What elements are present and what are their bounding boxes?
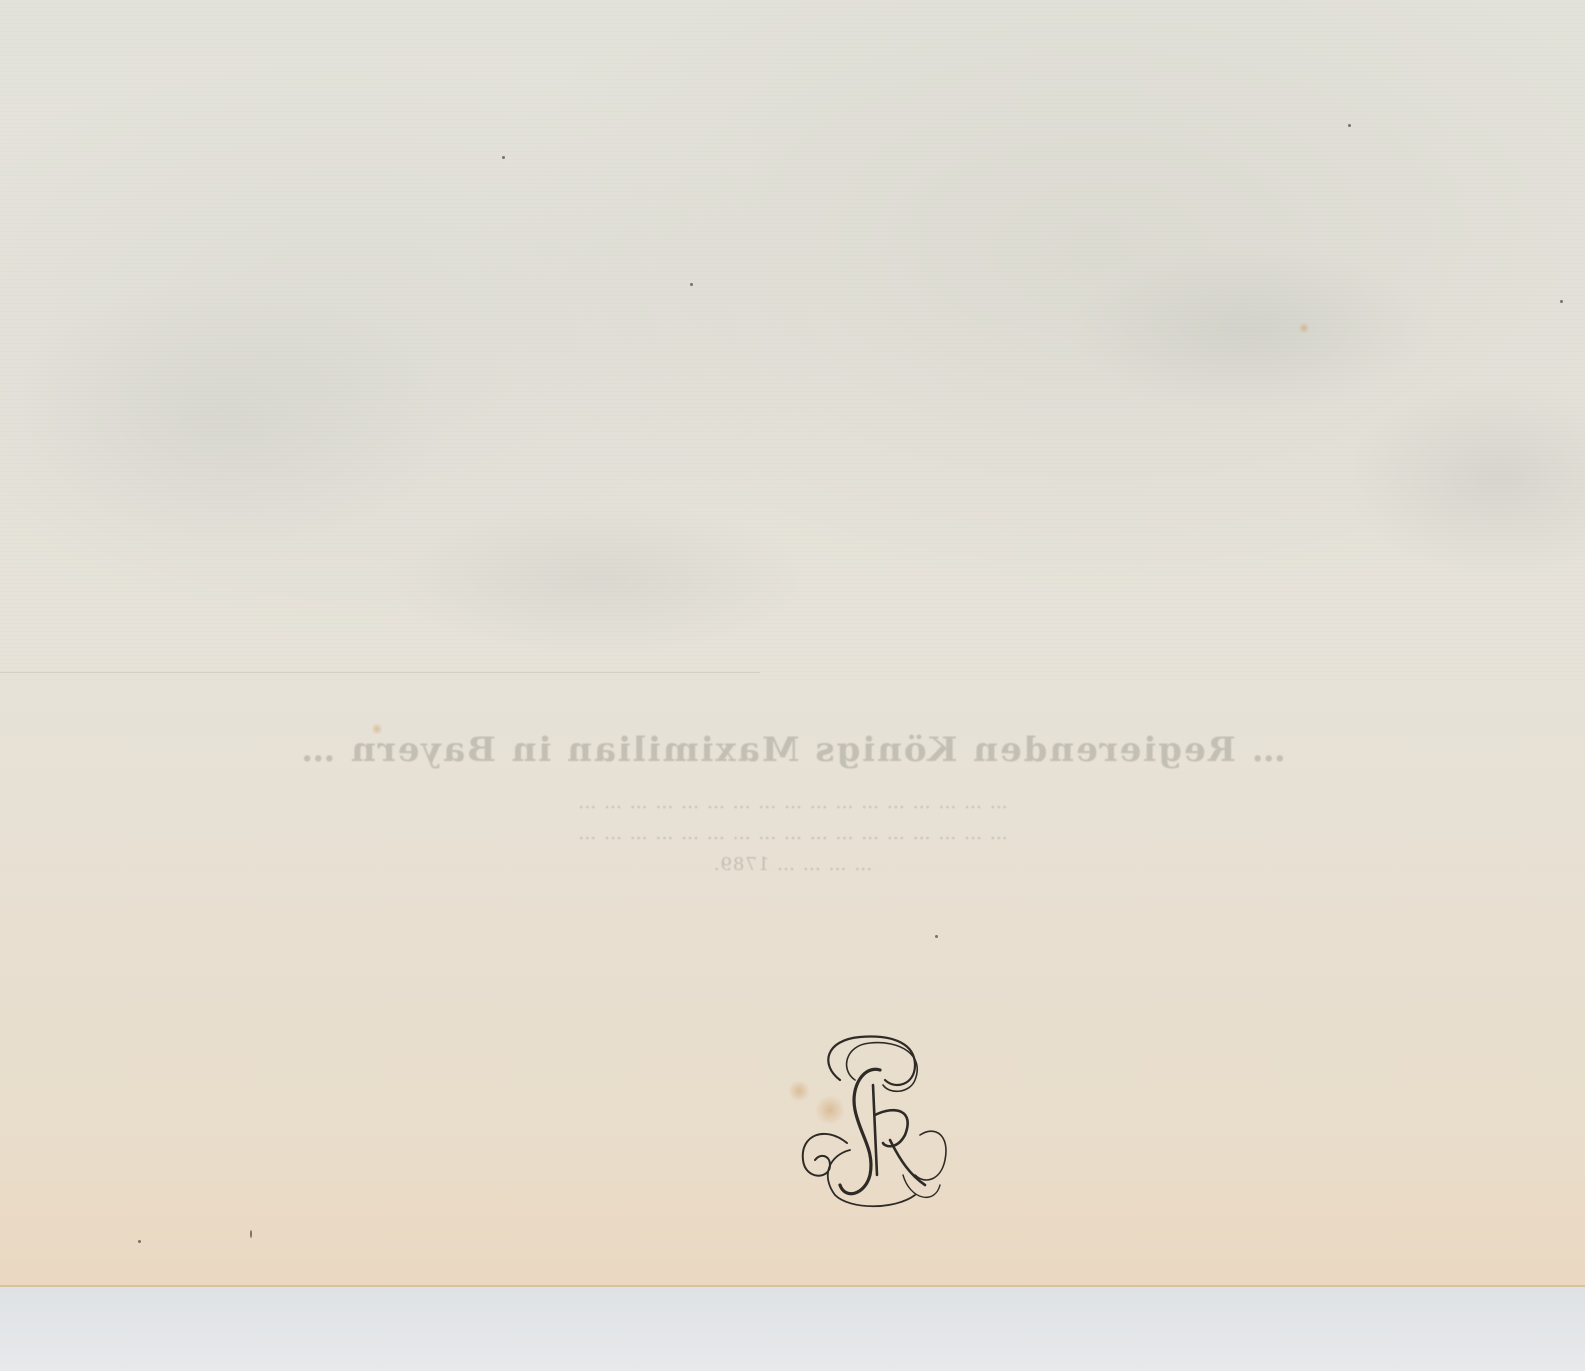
paper-speck bbox=[250, 1230, 252, 1238]
foxing-stain bbox=[1298, 322, 1310, 334]
caption-line-3: … … … … 1789. bbox=[0, 854, 1585, 875]
engraving-ghost-image bbox=[0, 0, 1585, 680]
paper-speck bbox=[1560, 300, 1563, 303]
plate-mark-edge bbox=[0, 672, 760, 673]
paper-speck bbox=[502, 156, 505, 159]
monogram-stamp-icon bbox=[785, 1025, 965, 1215]
paper-speck bbox=[138, 1240, 141, 1243]
caption-line-1: … … … … … … … … … … … … … … … … … bbox=[0, 792, 1585, 813]
background-surface bbox=[0, 1287, 1585, 1371]
paper-sheet: … Regierenden Königs Maximilian in Bayer… bbox=[0, 0, 1585, 1287]
foxing-stain bbox=[815, 1095, 845, 1125]
foxing-stain bbox=[372, 722, 382, 736]
caption-title: … Regierenden Königs Maximilian in Bayer… bbox=[0, 730, 1585, 770]
paper-speck bbox=[690, 283, 693, 286]
paper-speck bbox=[935, 935, 938, 938]
caption-line-2: … … … … … … … … … … … … … … … … … bbox=[0, 823, 1585, 844]
show-through-caption: … Regierenden Königs Maximilian in Bayer… bbox=[0, 730, 1585, 885]
foxing-stain bbox=[788, 1080, 810, 1102]
paper-speck bbox=[1348, 124, 1351, 127]
